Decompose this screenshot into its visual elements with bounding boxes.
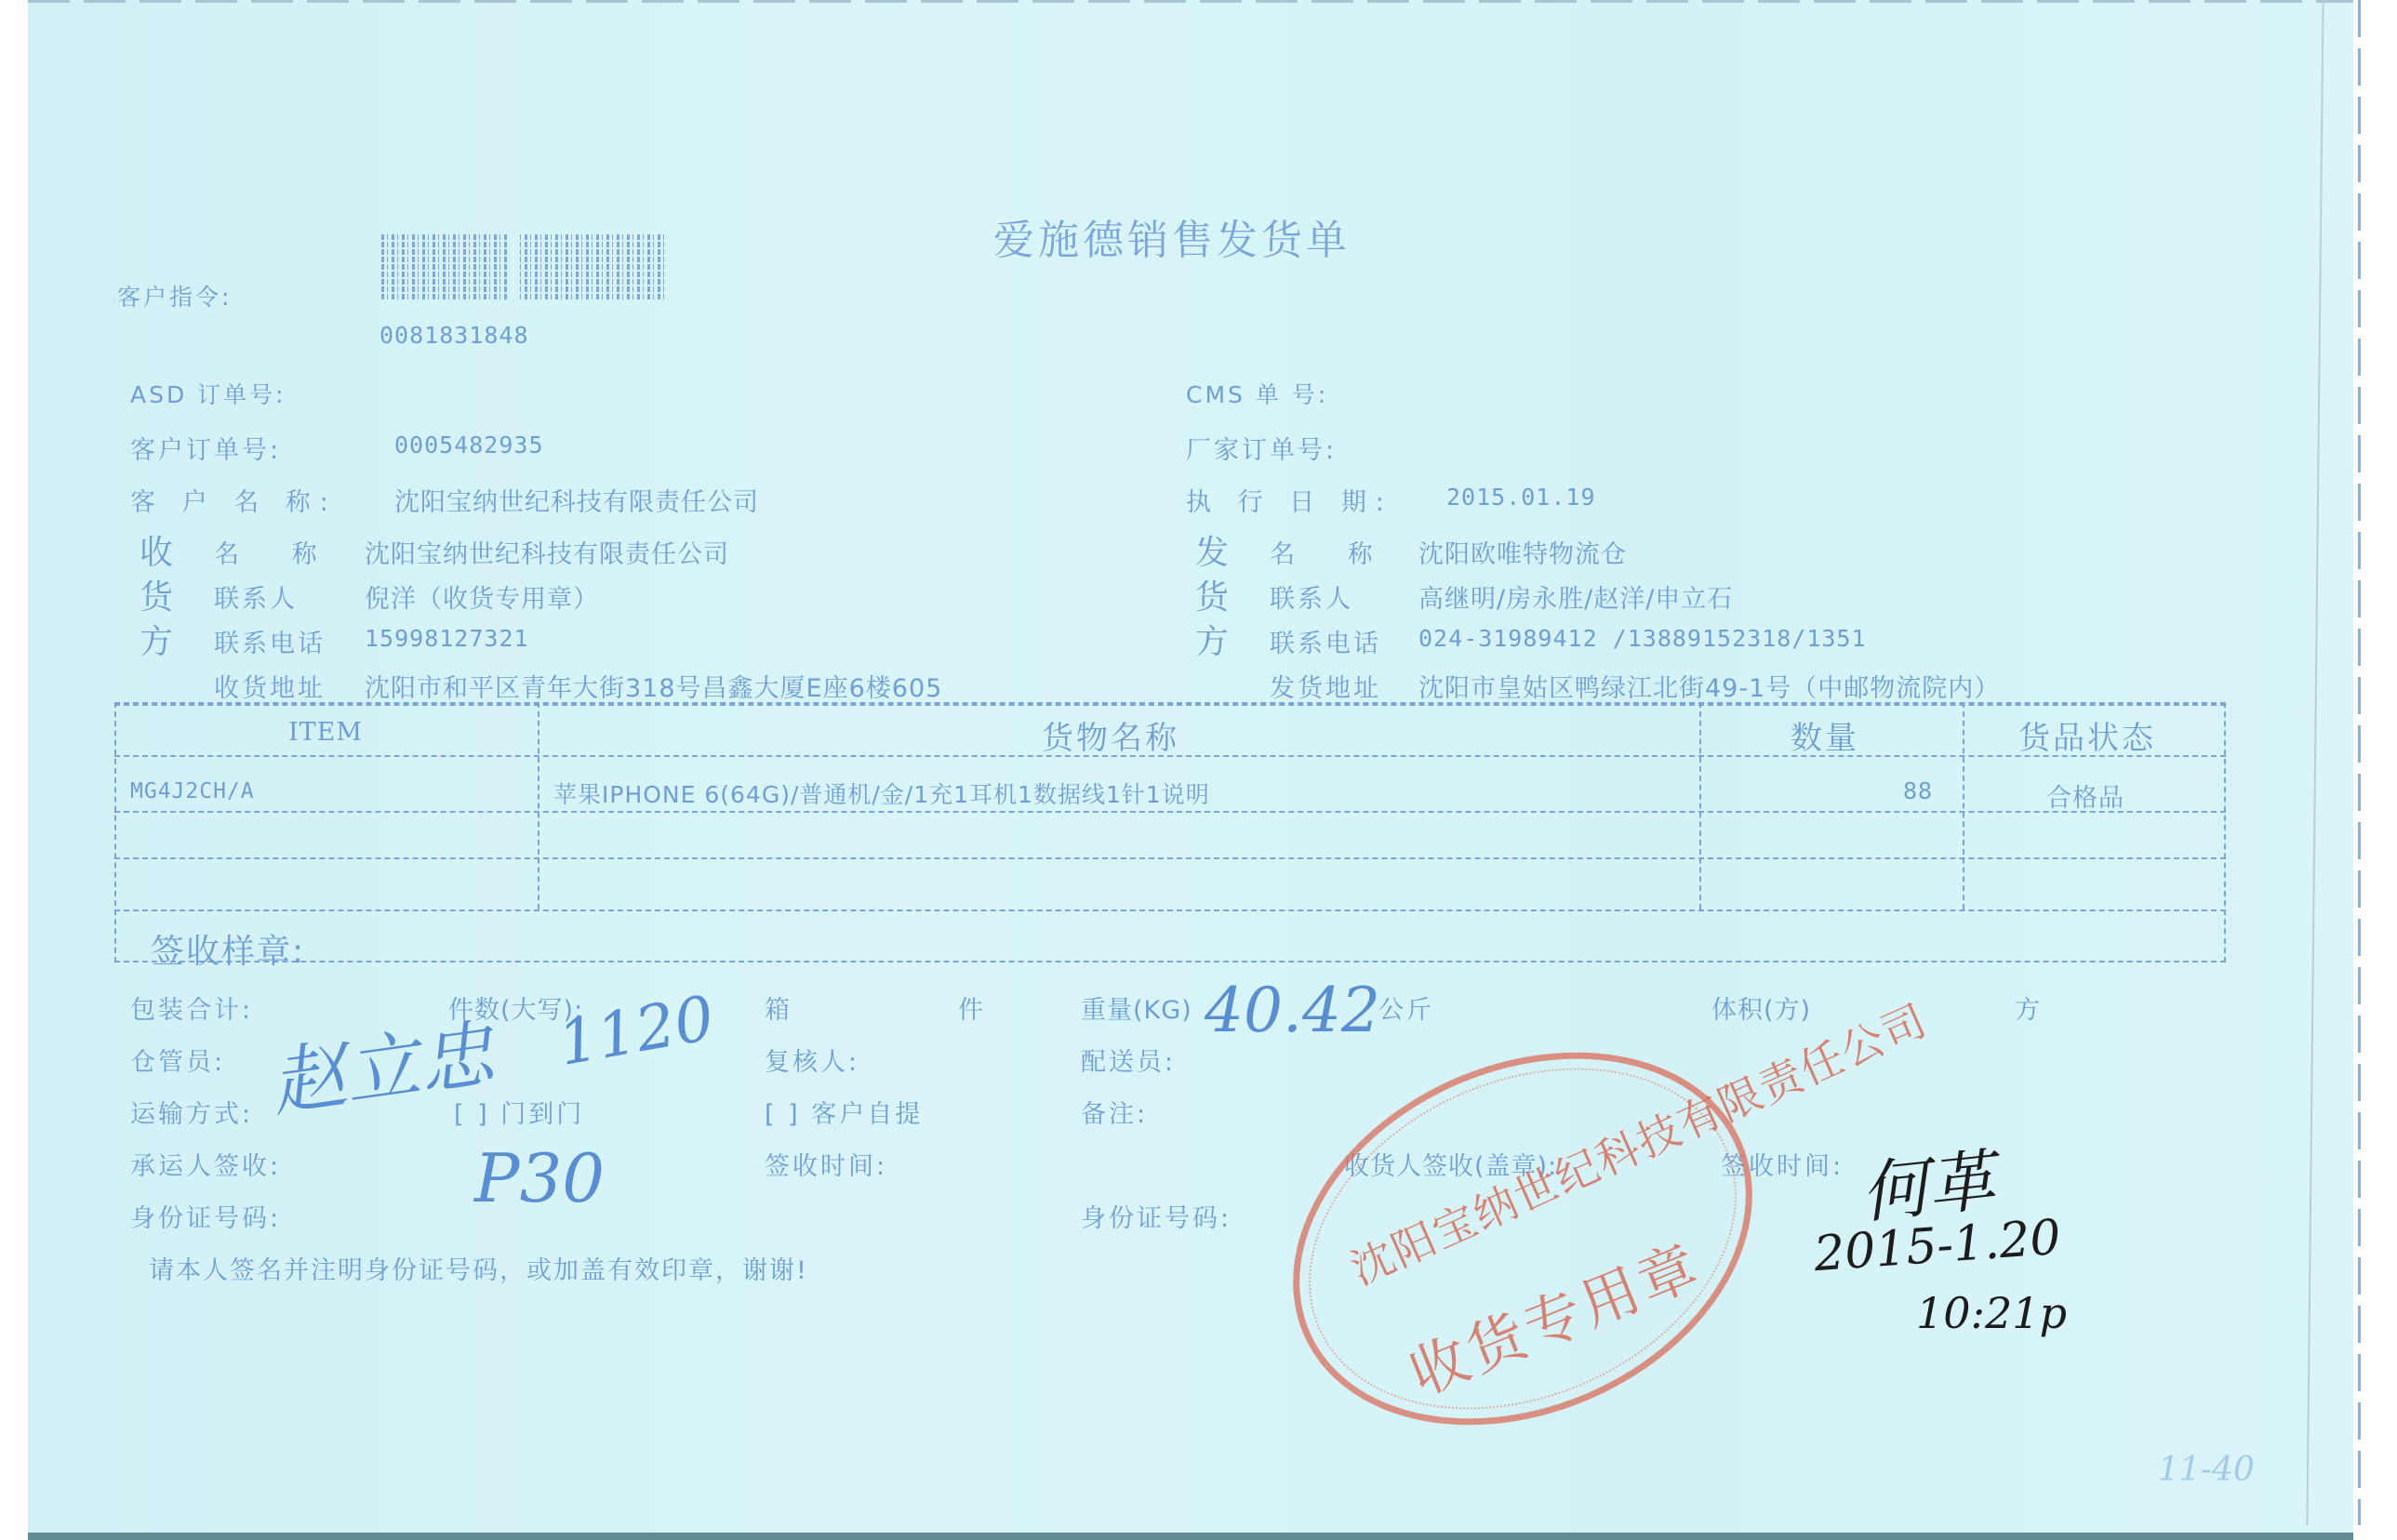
receiver-address-value: 沈阳市和平区青年大街318号昌鑫大厦E座6楼605 xyxy=(365,668,942,704)
table-cell-item: MG4J2CH/A xyxy=(130,779,255,803)
sign-sample-label: 签收样章: xyxy=(151,925,305,973)
weight-unit: 公斤 xyxy=(1378,989,1434,1026)
sender-side-char-3: 方 xyxy=(1195,616,1229,663)
sender-phone-value: 024-31989412 /13889152318/1351 xyxy=(1418,625,1867,652)
receiver-contact-label: 联系人 xyxy=(214,578,298,615)
document-title: 爱施德销售发货单 xyxy=(993,206,1351,266)
execution-date-value: 2015.01.19 xyxy=(1446,484,1596,511)
sender-name-value: 沈阳欧唯特物流仓 xyxy=(1418,534,1627,570)
volume-unit: 方 xyxy=(2015,989,2043,1026)
sender-name-label: 名 称 xyxy=(1270,534,1395,570)
reviewer-label: 复核人: xyxy=(765,1042,859,1078)
table-header-status: 货品状态 xyxy=(2018,712,2156,758)
paper-bottom-edge xyxy=(28,1533,2353,1540)
sender-phone-label: 联系电话 xyxy=(1270,623,1381,659)
cms-number-label: CMS 单 号: xyxy=(1186,377,1328,410)
id-number-label: 身份证号码: xyxy=(130,1198,281,1234)
sign-time-label: 签收时间: xyxy=(765,1146,887,1182)
customer-order-label: 客户订单号: xyxy=(130,430,281,466)
sender-side-char-2: 货 xyxy=(1195,571,1229,618)
manufacturer-order-label: 厂家订单号: xyxy=(1186,430,1337,466)
perforation-right xyxy=(2358,0,2361,1525)
notice-text: 请本人签名并注明身份证号码，或加盖有效印章，谢谢! xyxy=(149,1250,808,1286)
receiver-address-label: 收货地址 xyxy=(214,668,326,704)
customer-order-value: 0005482935 xyxy=(394,431,544,458)
table-header-goods-name: 货物名称 xyxy=(1042,712,1179,758)
delivery-person-label: 配送员: xyxy=(1081,1042,1176,1078)
remarks-label: 备注: xyxy=(1081,1094,1148,1130)
asd-order-label: ASD 订单号: xyxy=(130,377,286,410)
table-header-item: ITEM xyxy=(288,718,363,747)
receiver-side-char-1: 收 xyxy=(140,526,173,574)
sender-contact-value: 高继明/房永胜/赵洋/申立石 xyxy=(1418,578,1733,615)
receiver-side-char-2: 货 xyxy=(140,571,173,618)
perforation-top xyxy=(28,0,2353,3)
table-cell-goods-name: 苹果IPHONE 6(64G)/普通机/金/1充1耳机1数据线1针1说明 xyxy=(553,777,1210,810)
package-total-label: 包装合计: xyxy=(130,989,253,1026)
sender-address-value: 沈阳市皇姑区鸭绿江北街49-1号（中邮物流院内） xyxy=(1418,668,2000,704)
weight-label: 重量(KG) xyxy=(1081,989,1192,1026)
customer-instruction-label: 客户指令: xyxy=(117,279,232,312)
receiver-name-value: 沈阳宝纳世纪科技有限责任公司 xyxy=(365,534,729,570)
receiver-phone-value: 15998127321 xyxy=(365,625,529,652)
box-label: 箱 xyxy=(765,989,792,1026)
receiver-side-char-3: 方 xyxy=(140,616,173,663)
sender-contact-label: 联系人 xyxy=(1270,578,1353,615)
carrier-signature: P30 xyxy=(474,1139,605,1217)
transport-label: 运输方式: xyxy=(130,1094,253,1130)
table-cell-status: 合格品 xyxy=(2046,777,2124,814)
piece-label: 件 xyxy=(958,989,986,1026)
id-number-label-2: 身份证号码: xyxy=(1081,1198,1232,1234)
receiver-phone-label: 联系电话 xyxy=(214,623,326,659)
self-pickup-checkbox[interactable]: [ ] 客户自提 xyxy=(765,1094,923,1130)
barcode xyxy=(381,234,665,299)
customer-instruction-number: 0081831848 xyxy=(380,322,529,349)
customer-name-value: 沈阳宝纳世纪科技有限责任公司 xyxy=(394,482,759,518)
sender-side-char-1: 发 xyxy=(1195,526,1229,574)
volume-label: 体积(方) xyxy=(1711,989,1811,1026)
carrier-sign-label: 承运人签收: xyxy=(130,1146,281,1182)
handwritten-weight: 40.42 xyxy=(1205,975,1380,1046)
table-cell-quantity: 88 xyxy=(1903,777,1933,804)
table-header-quantity: 数量 xyxy=(1791,712,1859,758)
sender-address-label: 发货地址 xyxy=(1270,668,1381,704)
customer-name-label: 客 户 名 称: xyxy=(130,482,338,518)
handwritten-receive-time: 10:21p xyxy=(1916,1288,2067,1338)
warehouse-keeper-label: 仓管员: xyxy=(130,1042,225,1078)
receiver-name-label: 名 称 xyxy=(214,534,340,570)
edge-pencil-note: 11-40 xyxy=(2158,1451,2255,1489)
execution-date-label: 执 行 日 期: xyxy=(1186,482,1393,518)
receiver-contact-value: 倪洋（收货专用章） xyxy=(365,578,599,615)
